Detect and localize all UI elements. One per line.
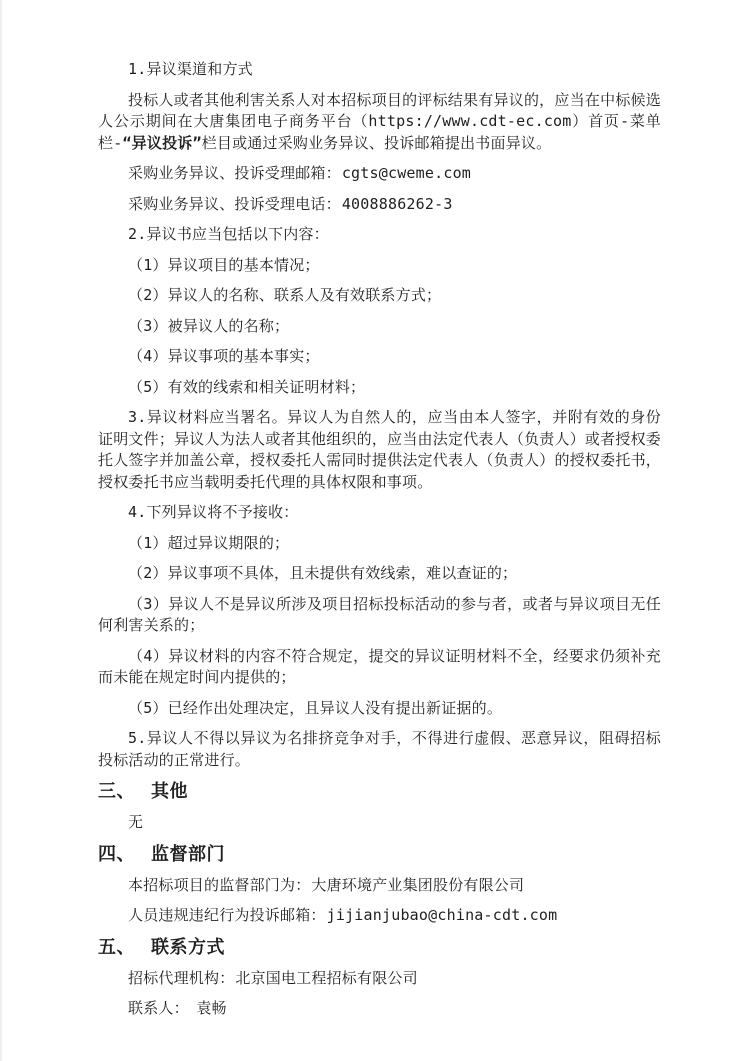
objection-complaint-bold-text: “异议投诉” (122, 134, 201, 152)
complaint-phone-line: 采购业务异议、投诉受理电话：4008886262-3 (98, 194, 661, 216)
complaint-email-label: 采购业务异议、投诉受理邮箱： (128, 164, 341, 182)
section-number-five: 五、 (98, 936, 135, 959)
section-number-four: 四、 (98, 843, 135, 866)
rejected-objection-item-1: （1）超过异议期限的； (98, 533, 661, 555)
contact-person-value: 袁畅 (196, 999, 226, 1017)
complaint-phone-value: 4008886262-3 (342, 195, 453, 213)
section-title-supervision: 监督部门 (151, 844, 225, 865)
document-page: 1.异议渠道和方式 投标人或者其他利害关系人对本招标项目的评标结果有异议的，应当… (2, 0, 751, 1061)
section-title-contact: 联系方式 (151, 937, 225, 958)
section-heading-other: 三、其他 (98, 780, 661, 803)
violation-report-email-line: 人员违规违纪行为投诉邮箱：jijianjubao@china-cdt.com (98, 905, 661, 927)
objection-letter-item-4: （4）异议事项的基本事实； (98, 346, 661, 368)
supervision-department-line: 本招标项目的监督部门为：大唐环境产业集团股份有限公司 (98, 875, 661, 897)
tender-agency-line: 招标代理机构：北京国电工程招标有限公司 (98, 968, 661, 990)
objection-letter-item-1: （1）异议项目的基本情况； (98, 255, 661, 277)
section-number-three: 三、 (98, 780, 135, 803)
rejected-objection-item-3: （3）异议人不是异议所涉及项目招标投标活动的参与者，或者与异议项目无任何利害关系… (98, 594, 661, 637)
supervision-department-label: 本招标项目的监督部门为： (128, 876, 310, 894)
objection-letter-heading: 2.异议书应当包括以下内容： (98, 224, 661, 246)
complaint-email-line: 采购业务异议、投诉受理邮箱：cgts@cweme.com (98, 163, 661, 185)
rejected-objection-item-5: （5）已经作出处理决定，且异议人没有提出新证据的。 (98, 698, 661, 720)
objection-channel-heading: 1.异议渠道和方式 (98, 59, 661, 81)
tender-agency-label: 招标代理机构： (128, 969, 234, 987)
complaint-phone-label: 采购业务异议、投诉受理电话： (128, 195, 341, 213)
section-heading-supervision: 四、监督部门 (98, 843, 661, 866)
supervision-department-value: 大唐环境产业集团股份有限公司 (311, 876, 524, 894)
section-title-other: 其他 (151, 781, 188, 802)
tender-agency-value: 北京国电工程招标有限公司 (235, 969, 417, 987)
contact-person-line: 联系人：袁畅 (98, 998, 661, 1020)
objection-channel-paragraph: 投标人或者其他利害关系人对本招标项目的评标结果有异议的，应当在中标候选人公示期间… (98, 90, 661, 155)
objection-conduct-paragraph: 5.异议人不得以异议为名排挤竞争对手，不得进行虚假、恶意异议，阻碍招标投标活动的… (98, 728, 661, 771)
rejected-objections-heading: 4.下列异议将不予接收： (98, 502, 661, 524)
contact-person-label: 联系人： (128, 999, 189, 1017)
violation-report-email-value: jijianjubao@china-cdt.com (327, 906, 558, 924)
rejected-objection-item-4: （4）异议材料的内容不符合规定，提交的异议证明材料不全，经要求仍须补充而未能在规… (98, 646, 661, 689)
violation-report-email-label: 人员违规违纪行为投诉邮箱： (128, 906, 326, 924)
objection-letter-item-2: （2）异议人的名称、联系人及有效联系方式； (98, 285, 661, 307)
complaint-email-value: cgts@cweme.com (342, 164, 471, 182)
objection-letter-item-5: （5）有效的线索和相关证明材料； (98, 377, 661, 399)
section-heading-contact: 五、联系方式 (98, 936, 661, 959)
objection-letter-item-3: （3）被异议人的名称； (98, 316, 661, 338)
objection-channel-text-post: 栏目或通过采购业务异议、投诉邮箱提出书面异议。 (202, 134, 552, 152)
other-section-body: 无 (98, 812, 661, 834)
objection-material-paragraph: 3.异议材料应当署名。异议人为自然人的，应当由本人签字，并附有效的身份证明文件；… (98, 407, 661, 493)
rejected-objection-item-2: （2）异议事项不具体，且未提供有效线索，难以查证的； (98, 563, 661, 585)
